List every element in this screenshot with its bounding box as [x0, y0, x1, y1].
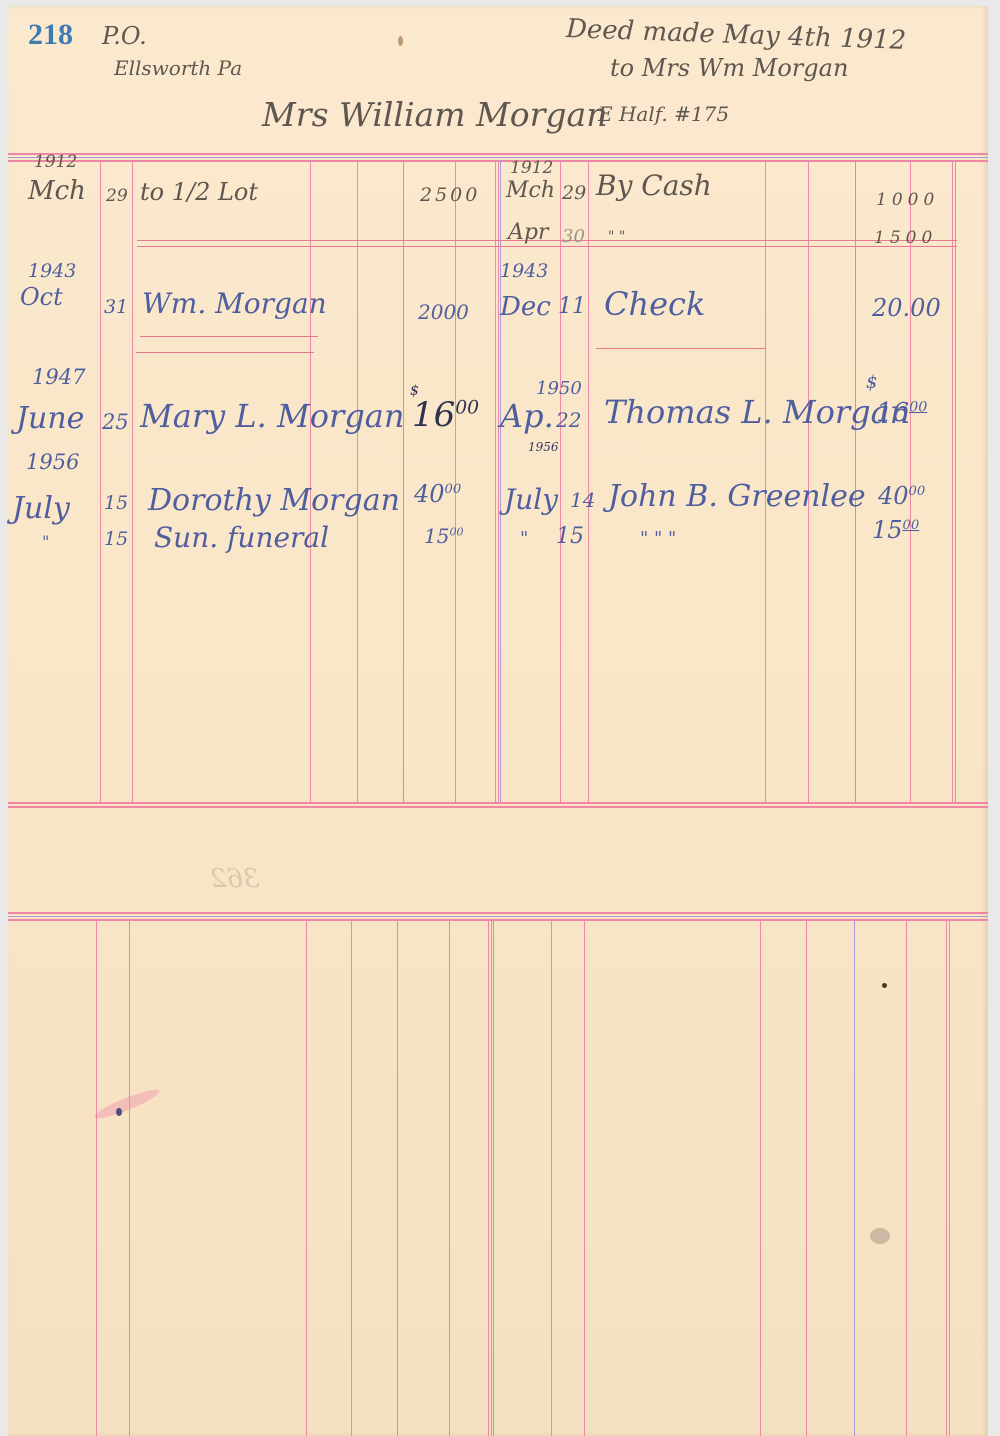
location: Ellsworth Pa [114, 58, 242, 78]
credit-month: Mch [506, 180, 555, 202]
debit-description: Wm. Morgan [142, 290, 327, 318]
credit-day: 11 [558, 296, 586, 318]
credit-amount: 1600 [876, 400, 927, 426]
credit-year: 1950 [536, 380, 582, 398]
debit-month: June [16, 404, 84, 434]
credit-day: 15 [556, 526, 584, 548]
credit-description: Thomas L. Morgan [604, 396, 910, 428]
debit-month: Mch [28, 178, 86, 204]
debit-description: to 1/2 Lot [140, 180, 258, 204]
debit-month: July [12, 494, 70, 524]
credit-month: Dec [500, 294, 551, 320]
po-label: P.O. [102, 24, 147, 48]
credit-year-below: 1956 [528, 441, 559, 453]
entry1-rule-b [137, 246, 957, 247]
credit-amount: 20.00 [872, 296, 941, 320]
credit-amount: 1500 [872, 518, 919, 542]
top-blue-rule [8, 157, 988, 158]
debit-year: 1943 [28, 262, 76, 281]
amount-dollars: 16 [412, 395, 455, 435]
credit-description: " " [608, 230, 625, 244]
page-number-stamp: 218 [28, 20, 73, 50]
debit-month: Oct [20, 285, 63, 309]
amount-dollars: 40 [878, 482, 909, 510]
dollar-sign: $ [866, 374, 877, 392]
debit-year: 1912 [34, 154, 77, 171]
mid-rule-lower [8, 912, 988, 914]
amount-cents: 00 [909, 399, 927, 415]
debit-amount: 1500 [424, 526, 463, 546]
rust-spot [398, 36, 403, 46]
credit-day: 22 [556, 410, 581, 430]
amount-cents: 00 [445, 482, 462, 497]
credit-amount: 4000 [878, 484, 925, 508]
debit-amount: 2000 [418, 302, 469, 322]
debit-description: Mary L. Morgan [140, 400, 404, 432]
credit2-rule [596, 348, 766, 349]
credit-amount: 1500 [874, 230, 937, 247]
mid-rule-upper [8, 802, 988, 804]
debit-year: 1956 [26, 452, 79, 473]
credit-month: Ap. [500, 400, 554, 432]
debit-day: 25 [102, 412, 129, 433]
amount-dollars: 40 [414, 480, 445, 508]
credit-description: Check [604, 288, 705, 320]
deed-note-line2: to Mrs Wm Morgan [610, 56, 848, 80]
amount-dollars: 15 [872, 516, 903, 544]
debit-amount: 1600 [412, 398, 479, 432]
credit-amount: 1000 [876, 192, 939, 209]
amount-cents: 00 [449, 525, 463, 538]
credit-day: 29 [562, 184, 586, 203]
amount-cents: 00 [909, 484, 926, 499]
debit-day: 15 [104, 530, 128, 549]
debit2-rule-a [140, 336, 318, 337]
credit-year: 1943 [500, 262, 548, 281]
amount-dollars: 15 [424, 524, 449, 548]
debit2-rule-b [136, 352, 314, 353]
mid-rule-lower-b [8, 919, 988, 921]
amount-cents: 00 [903, 518, 920, 533]
reverse-bleed-text: 362 [210, 866, 260, 892]
debit-description: Sun. funeral [154, 524, 329, 552]
credit-month: Apr [508, 222, 549, 244]
amount-dollars: 16 [876, 398, 909, 428]
amount-cents: 00 [455, 398, 479, 419]
debit-amount: 4000 [414, 482, 461, 506]
credit-description: John B. Greenlee [608, 482, 866, 512]
ink-dot [116, 1108, 122, 1116]
debit-day: 31 [104, 298, 128, 317]
account-name: Mrs William Morgan [262, 98, 608, 131]
mid-blue-rule [8, 916, 988, 917]
debit-amount: 2500 [420, 186, 480, 205]
lot-reference: E Half. #175 [598, 104, 729, 124]
debit-month: " [42, 534, 49, 550]
debit-day: 15 [104, 494, 128, 513]
credit-description: " " " [640, 530, 676, 548]
top-double-rule [8, 153, 988, 155]
debit-year: 1947 [32, 367, 85, 388]
credit-year: 1912 [510, 160, 553, 177]
mid-rule-upper-b [8, 806, 988, 808]
debit-description: Dorothy Morgan [148, 486, 400, 516]
credit-month: " [520, 530, 528, 548]
credit-month: July [504, 486, 558, 514]
credit-description: By Cash [596, 172, 712, 200]
gray-smudge [870, 1228, 890, 1244]
dark-spot [882, 983, 887, 988]
credit-day: 30 [562, 228, 585, 246]
debit-day: 29 [106, 188, 128, 205]
credit-day: 14 [570, 490, 595, 510]
